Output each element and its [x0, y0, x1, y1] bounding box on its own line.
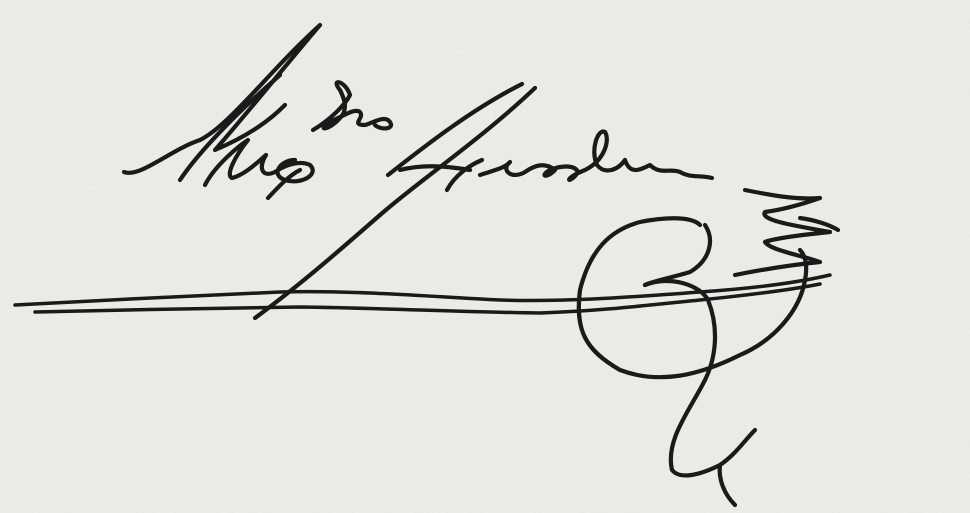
signature-drawing: [0, 0, 970, 513]
signature-document: Alex dro Hexedin: [0, 0, 970, 513]
